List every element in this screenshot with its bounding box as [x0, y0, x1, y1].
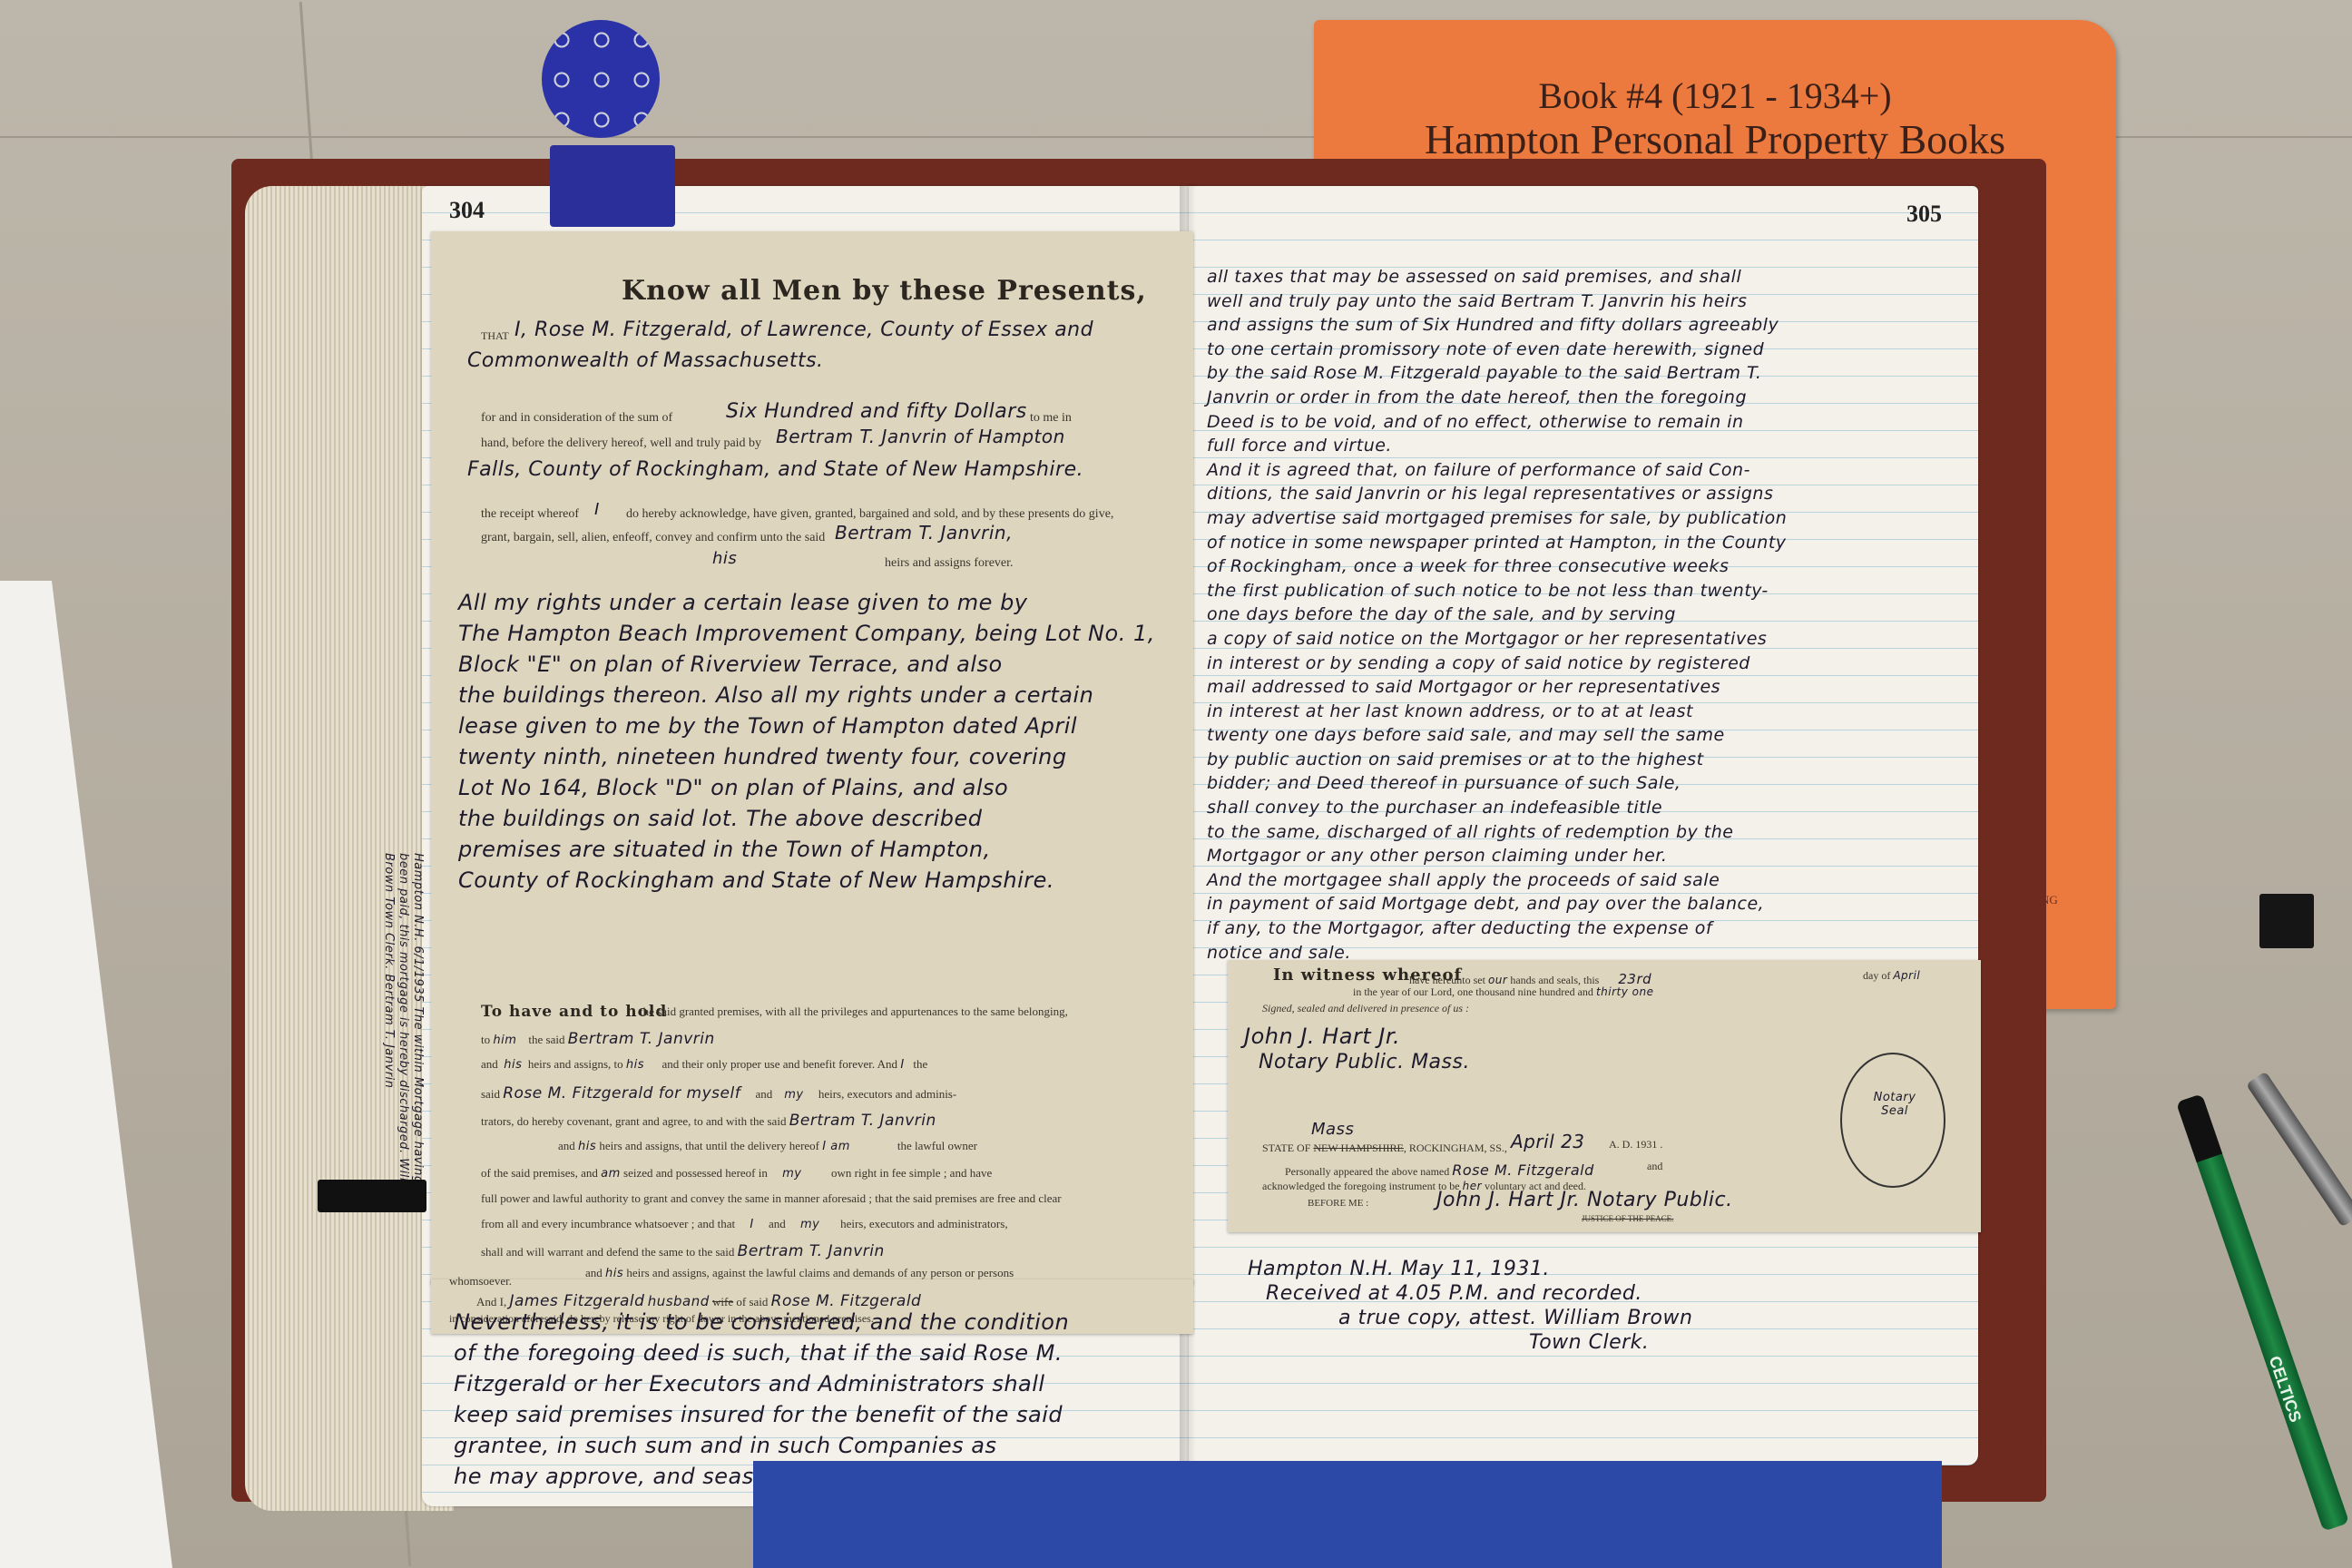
handwritten-line: And the mortgagee shall apply the procee… — [1207, 868, 1787, 893]
witness-year: in the year of our Lord, one thousand ni… — [1353, 985, 1653, 999]
recording-line: a true copy, attest. William Brown — [1338, 1306, 1692, 1330]
handwritten-line: a copy of said notice on the Mortgagor o… — [1207, 627, 1787, 652]
recording-line: Received at 4.05 P.M. and recorded. — [1266, 1281, 1692, 1306]
handwritten-line: to one certain promissory note of even d… — [1207, 338, 1787, 362]
habendum-line: and his heirs and assigns, against the l… — [585, 1266, 1014, 1280]
receipt-label: the receipt whereof — [481, 507, 579, 522]
handwritten-line: the first publication of such notice to … — [1207, 579, 1787, 603]
property-description: All my rights under a certain lease give… — [458, 587, 1155, 896]
habendum-line: trators, do hereby covenant, grant and a… — [481, 1112, 936, 1130]
description-line: Lot No 164, Block "D" on plan of Plains,… — [458, 772, 1155, 803]
mortgage-deed-form: Know all Men by these Presents, THAT I, … — [431, 231, 1193, 1284]
page-number: 304 — [449, 197, 485, 224]
habendum-line: of the said premises, and am seized and … — [481, 1166, 992, 1181]
grant-text: grant, bargain, sell, alien, enfeoff, co… — [481, 531, 825, 545]
recording-note: Hampton N.H. May 11, 1931. Received at 4… — [1248, 1257, 1692, 1355]
handwritten-line: may advertise said mortgaged premises fo… — [1207, 506, 1787, 531]
justice-struck: JUSTICE OF THE PEACE. — [1582, 1214, 1673, 1223]
description-line: lease given to me by the Town of Hampton… — [458, 710, 1155, 741]
decorative-clip-disc — [542, 20, 660, 138]
habendum-line: and his heirs and assigns, to his and th… — [481, 1057, 927, 1072]
consideration-amount: Six Hundred and fifty Dollars — [726, 400, 1027, 423]
handwritten-line: if any, to the Mortgagor, after deductin… — [1207, 916, 1787, 941]
handwritten-line: twenty one days before said sale, and ma… — [1207, 723, 1787, 748]
and-label: and — [1647, 1160, 1662, 1173]
recording-line: Town Clerk. — [1529, 1330, 1692, 1355]
handwritten-line: ditions, the said Janvrin or his legal r… — [1207, 482, 1787, 506]
handwritten-line: shall convey to the purchaser an indefea… — [1207, 796, 1787, 820]
habendum-line: to him the said Bertram T. Janvrin — [481, 1030, 715, 1048]
before-me-label: BEFORE ME : — [1308, 1198, 1368, 1209]
handwritten-line: by the said Rose M. Fitzgerald payable t… — [1207, 361, 1787, 386]
consideration-label: for and in consideration of the sum of — [481, 411, 672, 426]
signed-text: Signed, sealed and delivered in presence… — [1262, 1002, 1469, 1015]
witness-signature: John J. Hart Jr. — [1244, 1024, 1400, 1049]
paid-by-value: Bertram T. Janvrin of Hampton — [776, 426, 1065, 447]
handwritten-line: full force and virtue. — [1207, 434, 1787, 458]
habendum-line: said Rose M. Fitzgerald for myself and m… — [481, 1084, 956, 1102]
handwritten-line: and assigns the sum of Six Hundred and f… — [1207, 313, 1787, 338]
continuation-line: of the foregoing deed is such, that if t… — [454, 1338, 1069, 1368]
habendum-line: from all and every incumbrance whatsoeve… — [481, 1217, 1008, 1231]
description-line: Block "E" on plan of Riverview Terrace, … — [458, 649, 1155, 680]
handwritten-line: well and truly pay unto the said Bertram… — [1207, 289, 1787, 314]
habendum-line: and his heirs and assigns, that until th… — [558, 1139, 977, 1153]
handwritten-line: Mortgagor or any other person claiming u… — [1207, 844, 1787, 868]
binder-clip-loose — [2259, 894, 2314, 948]
handwritten-line: Janvrin or order in from the date hereof… — [1207, 386, 1787, 410]
binder-clip-small — [318, 1180, 426, 1212]
discharge-margin-note: Hampton N.H. 6/1/1935 The within Mortgag… — [381, 853, 425, 1216]
recording-line: Hampton N.H. May 11, 1931. — [1248, 1257, 1692, 1281]
description-line: premises are situated in the Town of Ham… — [458, 834, 1155, 865]
binder-clip — [550, 145, 675, 227]
appeared-line: Personally appeared the above named Rose… — [1285, 1161, 1594, 1179]
handwritten-line: by public auction on said premises or at… — [1207, 748, 1787, 772]
receipt-value: I — [594, 500, 600, 519]
description-line: The Hampton Beach Improvement Company, b… — [458, 618, 1155, 649]
handwritten-line: of Rockingham, once a week for three con… — [1207, 554, 1787, 579]
handwritten-line: in interest or by sending a copy of said… — [1207, 652, 1787, 676]
habendum-line: full power and lawful authority to grant… — [481, 1191, 1062, 1206]
page-number: 305 — [1906, 201, 1942, 228]
handwritten-line: in payment of said Mortgage debt, and pa… — [1207, 892, 1787, 916]
witness-signature-title: Notary Public. Mass. — [1259, 1051, 1470, 1073]
label-title-line2: Hampton Personal Property Books — [1314, 118, 2116, 162]
receipt-text: do hereby acknowledge, have given, grant… — [626, 507, 1113, 522]
ad-year: A. D. 1931 . — [1609, 1138, 1662, 1151]
blue-cloth — [753, 1461, 1942, 1568]
description-line: twenty ninth, nineteen hundred twenty fo… — [458, 741, 1155, 772]
description-line: the buildings on said lot. The above des… — [458, 803, 1155, 834]
handwritten-line: all taxes that may be assessed on said p… — [1207, 265, 1787, 289]
notary-seal: Notary Seal — [1840, 1053, 1945, 1188]
state-value: Mass — [1311, 1120, 1354, 1139]
continuation-line: grantee, in such sum and in such Compani… — [454, 1430, 1069, 1461]
handwritten-line: mail addressed to said Mortgagor or her … — [1207, 675, 1787, 700]
handwritten-line: And it is agreed that, on failure of per… — [1207, 458, 1787, 483]
heirs-value: his — [712, 549, 737, 568]
description-line: All my rights under a certain lease give… — [458, 587, 1155, 618]
description-line: County of Rockingham and State of New Ha… — [458, 865, 1155, 896]
form-heading: Know all Men by these Presents, — [622, 275, 1147, 307]
whomsoever-text: whomsoever. — [449, 1274, 512, 1289]
mortgage-conditions-text: all taxes that may be assessed on said p… — [1207, 265, 1787, 965]
continuation-line: Nevertheless, it is to be considered, an… — [454, 1307, 1069, 1338]
handwritten-line: bidder; and Deed thereof in pursuance of… — [1207, 771, 1787, 796]
heirs-text: heirs and assigns forever. — [885, 556, 1014, 571]
handwritten-line: one days before the day of the sale, and… — [1207, 603, 1787, 627]
handwritten-line: in interest at her last known address, o… — [1207, 700, 1787, 724]
state-line: STATE OF NEW HAMPSHIRE, ROCKINGHAM, SS., — [1262, 1142, 1507, 1155]
handwritten-line: of notice in some newspaper printed at H… — [1207, 531, 1787, 555]
grantor-line: I, Rose M. Fitzgerald, of Lawrence, Coun… — [514, 318, 1093, 341]
paid-by-value: Falls, County of Rockingham, and State o… — [467, 458, 1083, 481]
acknowledgment-date: April 23 — [1511, 1131, 1585, 1152]
habendum-line: the said granted premises, with all the … — [640, 1004, 1068, 1019]
description-line: the buildings thereon. Also all my right… — [458, 680, 1155, 710]
seal-text: Notary Seal — [1867, 1091, 1922, 1118]
notary-signature: John J. Hart Jr. Notary Public. — [1436, 1189, 1733, 1211]
consideration-to: to me in — [1030, 411, 1072, 426]
grant-value: Bertram T. Janvrin, — [835, 522, 1013, 544]
label-title-line1: Book #4 (1921 - 1934+) — [1314, 74, 2116, 118]
continuation-line: Fitzgerald or her Executors and Administ… — [454, 1368, 1069, 1399]
paid-by-label: hand, before the delivery hereof, well a… — [481, 436, 761, 451]
habendum-line: shall and will warrant and defend the sa… — [481, 1242, 885, 1260]
witness-month: day of April — [1863, 969, 1920, 983]
handwritten-line: to the same, discharged of all rights of… — [1207, 820, 1787, 845]
handwritten-line: Deed is to be void, and of no effect, ot… — [1207, 410, 1787, 435]
grantor-line: Commonwealth of Massachusetts. — [467, 349, 824, 372]
grantor-prefix: THAT — [481, 329, 509, 343]
continuation-line: keep said premises insured for the benef… — [454, 1399, 1069, 1430]
